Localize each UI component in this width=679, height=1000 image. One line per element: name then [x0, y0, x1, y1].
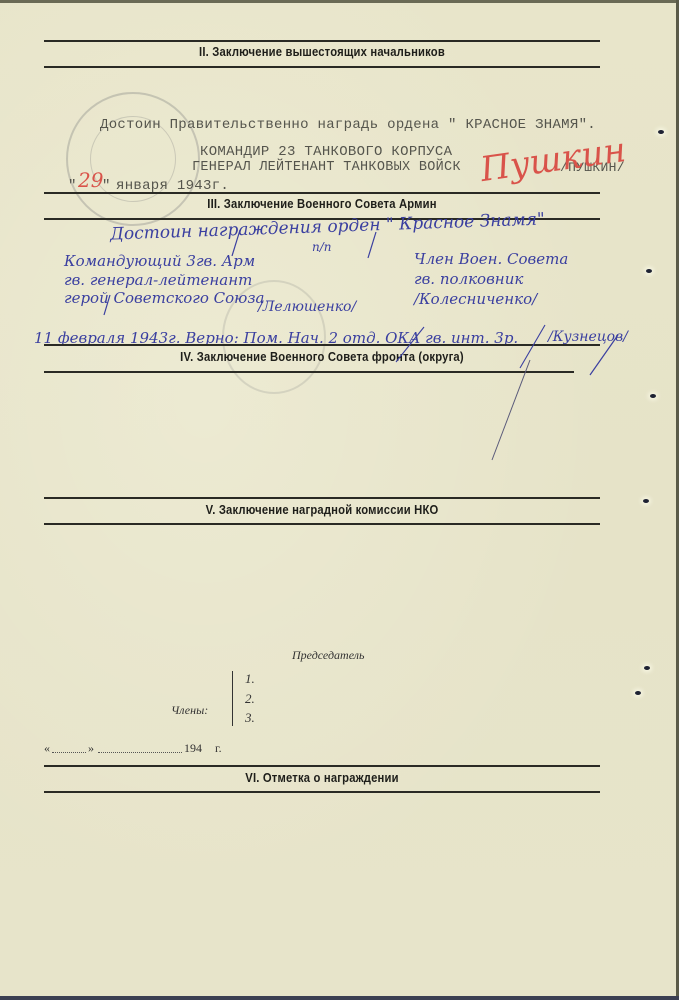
section-6-heading: VI. Отметка о награждении	[72, 771, 572, 785]
members-bracket	[232, 671, 233, 726]
date-year-prefix: 194	[184, 741, 202, 756]
date-close-quote: »	[88, 741, 94, 756]
date-open-quote: «	[44, 741, 50, 756]
section-5-top-rule	[44, 497, 600, 499]
date-day-field	[52, 752, 86, 753]
binding-hole-2	[644, 268, 654, 274]
binding-hole-1	[656, 129, 666, 135]
binding-hole-3	[648, 393, 658, 399]
binding-hole-5	[642, 665, 652, 671]
member-1-number: 1.	[245, 671, 255, 687]
section-6-bottom-rule	[44, 791, 600, 793]
section-5-heading: V. Заключение наградной комиссии НКО	[72, 503, 572, 517]
chairman-label: Председатель	[292, 648, 364, 663]
section-6-top-rule	[44, 765, 600, 767]
members-label: Члены:	[171, 703, 208, 718]
date-year-suffix: г.	[215, 741, 222, 756]
date-month-field	[98, 752, 182, 753]
document-page: II. Заключение вышестоящих начальников Д…	[0, 0, 679, 1000]
member-2-number: 2.	[245, 691, 255, 707]
handwritten-strokes	[0, 0, 679, 1000]
section-5-bottom-rule	[44, 523, 600, 525]
binding-hole-6	[633, 690, 643, 696]
binding-hole-4	[641, 498, 651, 504]
member-3-number: 3.	[245, 710, 255, 726]
